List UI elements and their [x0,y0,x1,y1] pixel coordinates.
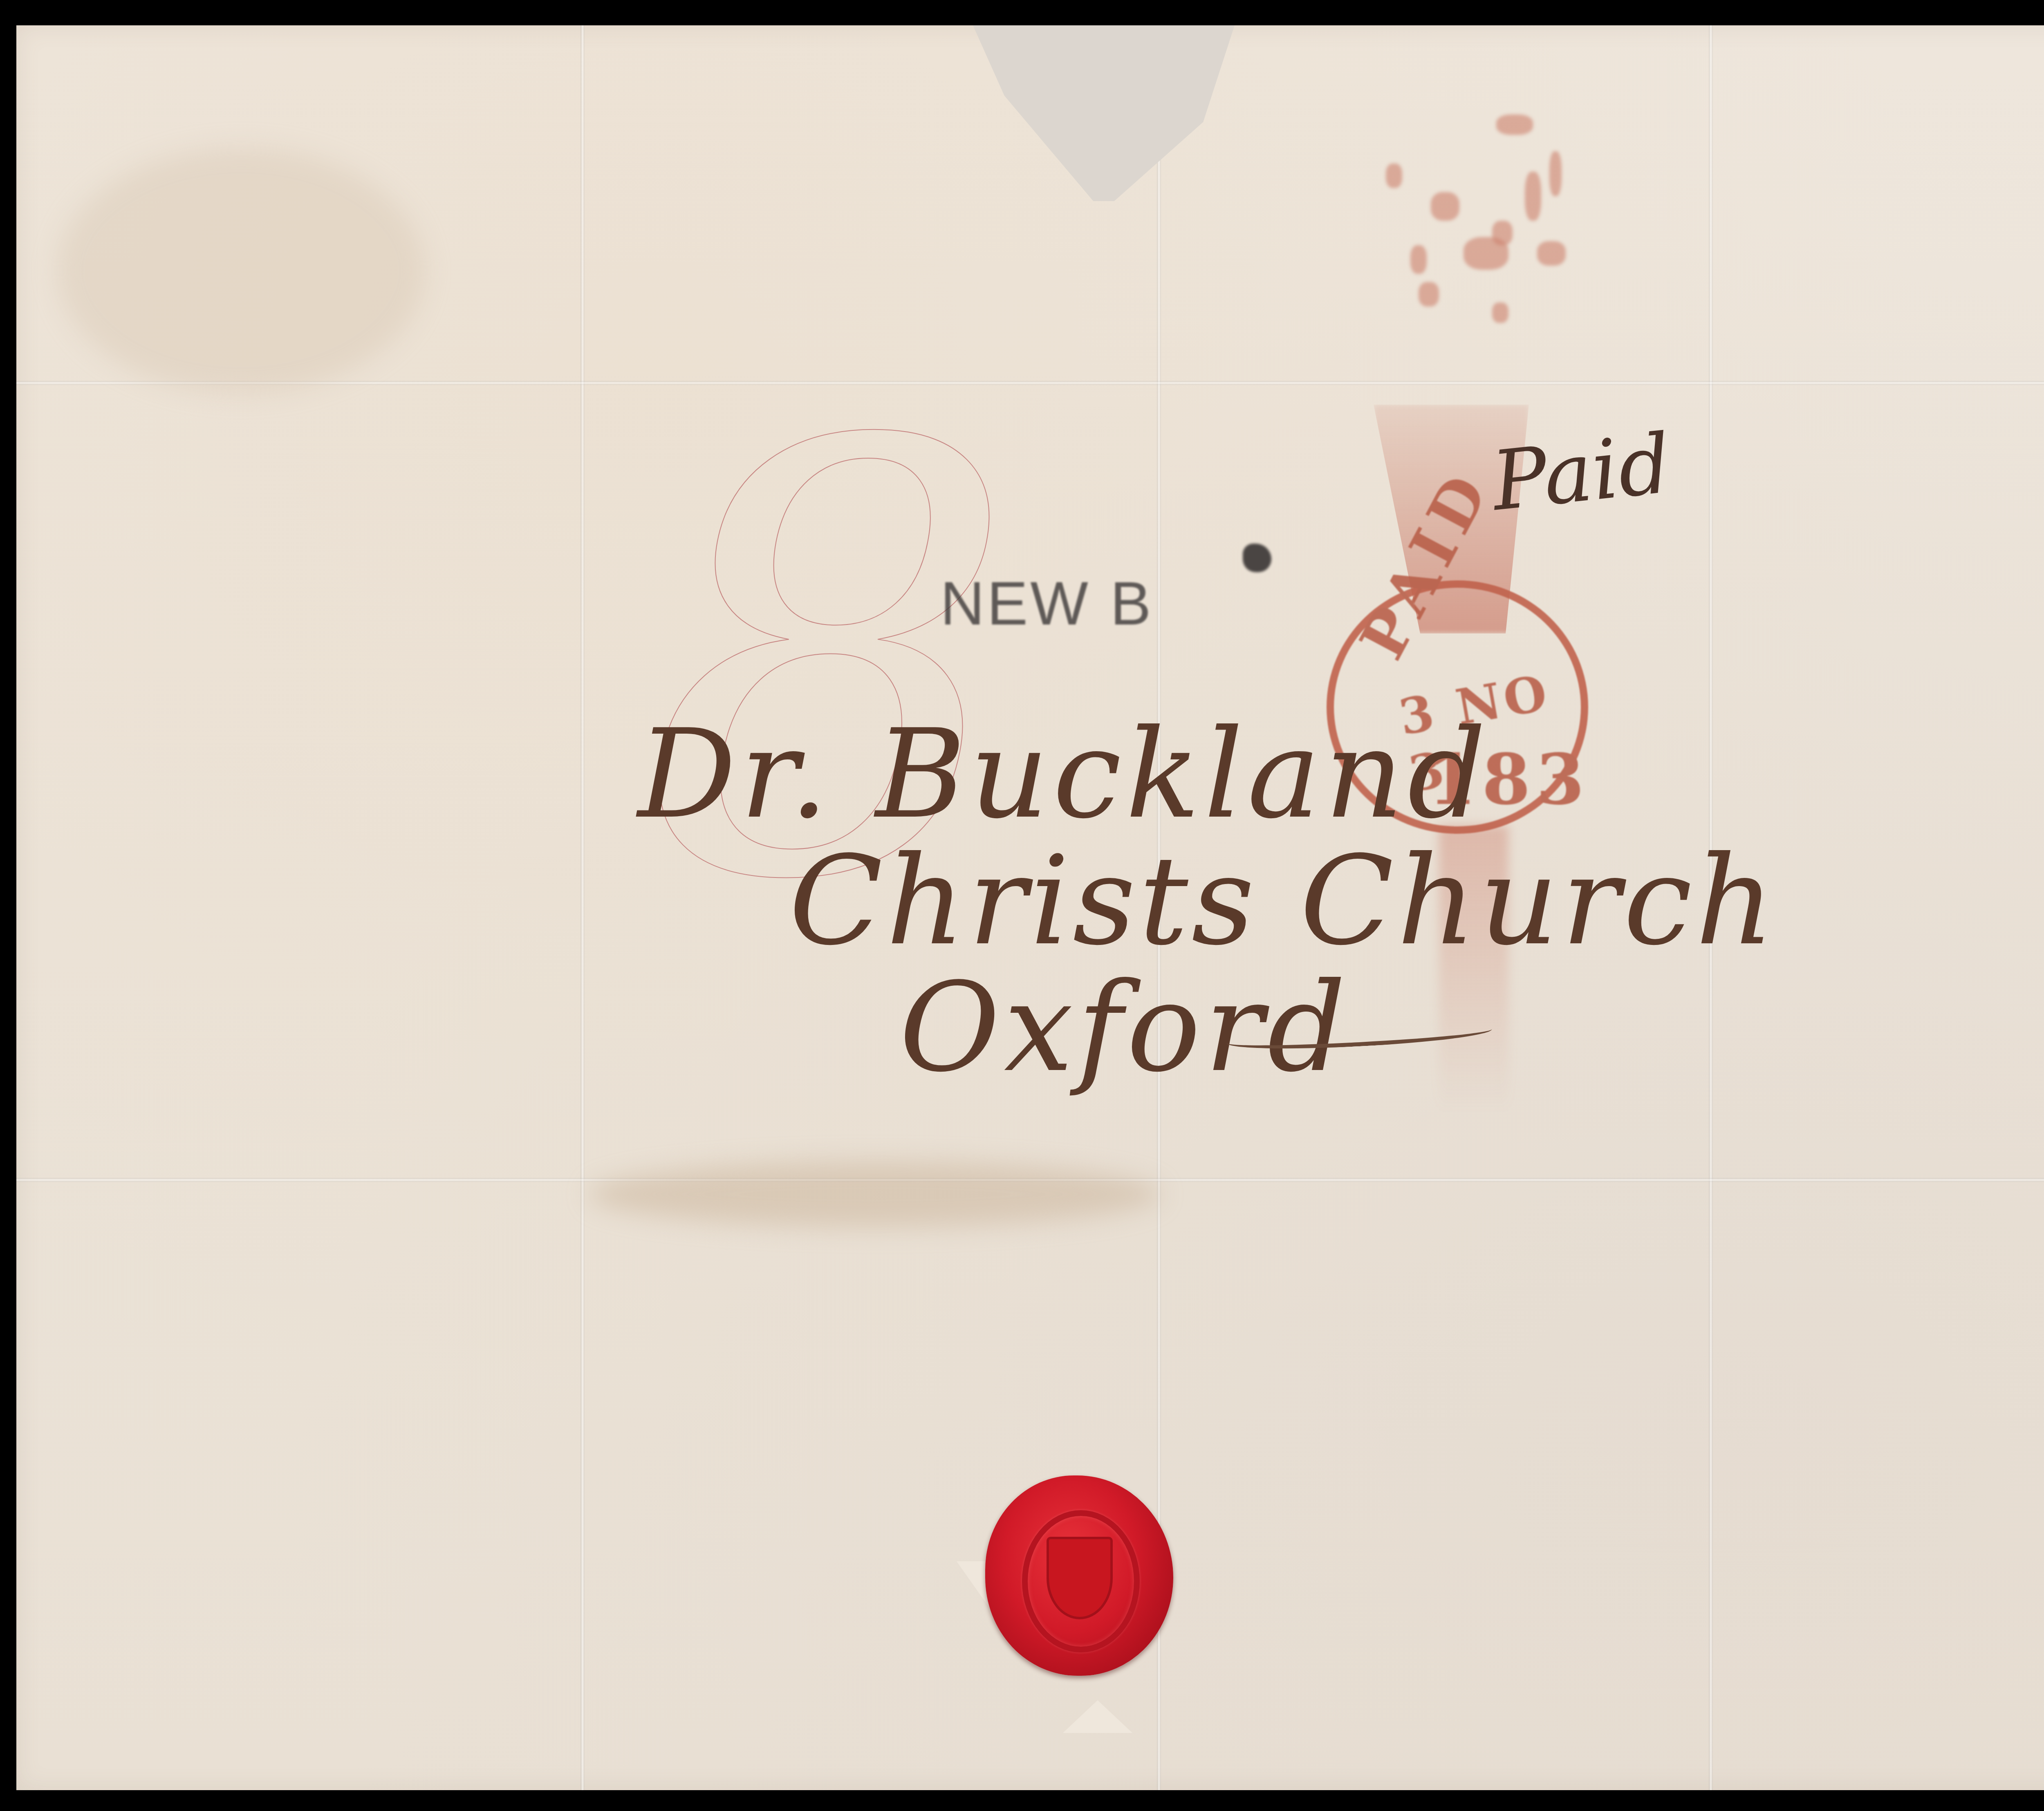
fold-stain [589,1162,1161,1227]
seal-armorial-shield-icon [1047,1537,1113,1619]
fold-line [580,25,585,1790]
offset-stamp [1361,90,1574,343]
wax-seal [985,1475,1173,1676]
manuscript-paid-note: Paid [1488,416,1675,529]
address-line-name: Dr. Buckland [638,703,1490,846]
address-line-college: Christs Church [789,830,1778,972]
fold-line [16,381,2044,385]
town-handstamp: NEW B [940,568,1154,639]
paper-discoloration [57,148,425,393]
address-line-city: Oxford [899,956,1350,1099]
